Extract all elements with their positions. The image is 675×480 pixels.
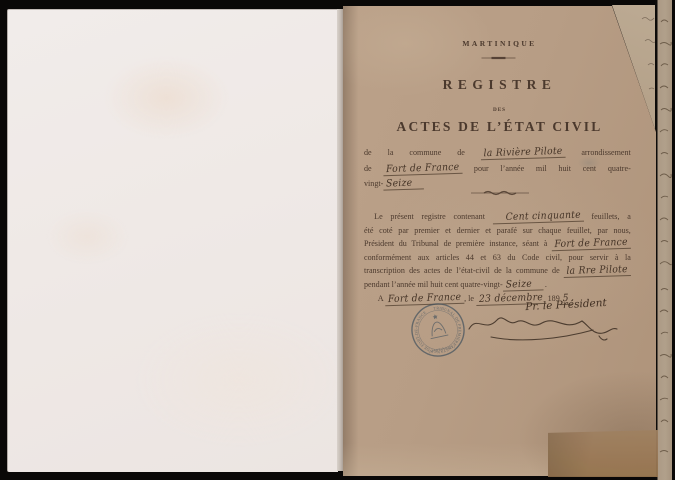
region-label: MARTINIQUE [343,39,656,48]
printed-text: . [543,279,547,289]
court-seal-stamp-icon: TRIBUNAL DE PREMIÈRE INSTANCE DE FORT-DE… [404,296,473,365]
printed-text: pendant l’année mil huit cent quatre-vin… [364,279,503,289]
ornament-divider [469,189,531,197]
body-line-5: transcription des actes de l’état-civil … [364,264,631,278]
handwritten-commune: la Rivière Pilote [481,147,566,161]
printed-text: Président du Tribunal de première instan… [364,238,552,248]
repair-tape-patch [548,430,658,477]
handwritten-year-word-2: Seize [503,279,543,291]
body-line-4: conformément aux articles 44 et 63 du Co… [364,251,631,265]
printed-text: vingt- [364,178,383,188]
printed-text: , le [464,293,476,303]
blank-flyleaf-page [7,9,338,472]
handwritten-commune-abbr: la Rre Pilote [564,265,631,278]
civil-acts-title: ACTES DE L’ÉTAT CIVIL [343,119,656,135]
handwritten-court-seat: Fort de France [552,238,631,251]
commune-line-1: de la commune de la Rivière Pilote arron… [364,145,631,161]
ornament-rule [479,55,517,61]
handwritten-arrondissement: Fort de France [383,162,462,175]
body-line-1: Le présent registre contenant Cent cinqu… [364,210,631,224]
des-label: DES [343,107,656,113]
commune-lines: de la commune de la Rivière Pilote arron… [364,145,631,192]
scanned-register-spread: MARTINIQUE REGISTRE DES ACTES DE L’ÉTAT … [0,0,675,480]
body-line-6: pendant l’année mil huit cent quatre-vin… [364,278,631,292]
handwritten-year-word: Seize [383,178,423,190]
stamp-emblem [426,312,448,338]
printed-text: arrondissement [565,147,630,157]
underlying-handwriting-column [655,0,672,480]
register-title: REGISTRE [343,77,656,93]
underlying-page-edge-strip [655,0,672,480]
printed-text: feuillets, a [584,211,631,221]
printed-text: pour l’année mil huit cent quatre- [462,163,631,173]
printed-text: Le présent registre contenant [374,211,493,221]
president-signature-scrawl [461,309,623,345]
register-title-page: MARTINIQUE REGISTRE DES ACTES DE L’ÉTAT … [343,6,656,476]
printed-text: de la commune de [364,147,481,157]
body-line-3: Président du Tribunal de première instan… [364,237,631,251]
printed-text: de [364,163,383,173]
body-line-2: été coté par premier et dernier et paraf… [364,224,631,238]
handwritten-folio-count: Cent cinquante [493,211,584,225]
printed-text: transcription des actes de l’état-civil … [364,265,564,275]
commune-line-2: de Fort de France pour l’année mil huit … [364,161,631,177]
certification-paragraph: Le présent registre contenant Cent cinqu… [364,210,631,305]
